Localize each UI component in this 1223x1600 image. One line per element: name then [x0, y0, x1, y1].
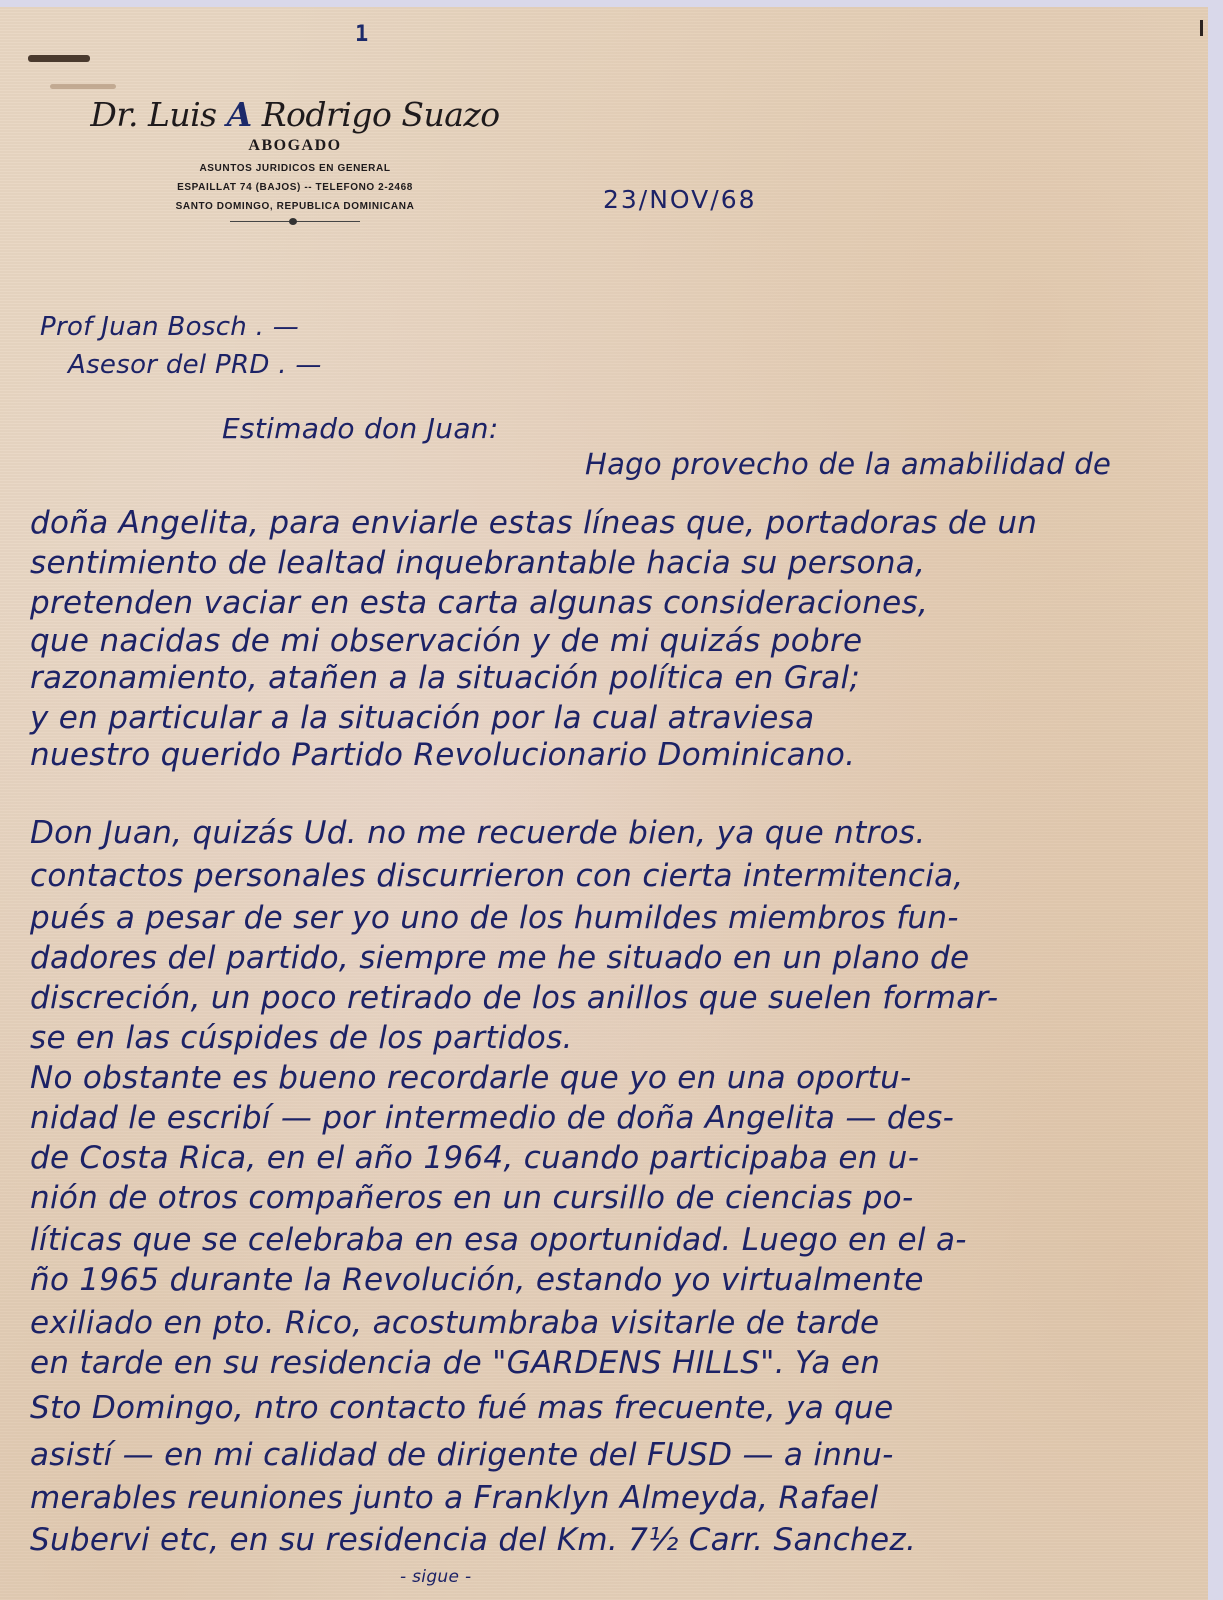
body-line: Subervi etc, en su residencia del Km. 7½… [30, 1522, 916, 1558]
body-line: merables reuniones junto a Franklyn Alme… [30, 1480, 878, 1516]
body-line: de Costa Rica, en el año 1964, cuando pa… [30, 1140, 919, 1176]
body-line: y en particular a la situación por la cu… [30, 700, 814, 736]
body-line: pués a pesar de ser yo uno de los humild… [30, 900, 959, 936]
corner-mark [1200, 20, 1203, 36]
body-line: No obstante es bueno recordarle que yo e… [30, 1060, 912, 1096]
letterhead: Dr. Luis A Rodrigo Suazo ABOGADO ASUNTOS… [60, 95, 530, 222]
body-line: asistí — en mi calidad de dirigente del … [30, 1437, 894, 1473]
recipient-name: Prof Juan Bosch . — [40, 312, 299, 342]
body-line: contactos personales discurrieron con ci… [30, 858, 964, 894]
body-line: Hago provecho de la amabilidad de [585, 447, 1111, 481]
salutation: Estimado don Juan: [222, 412, 499, 445]
body-line: nuestro querido Partido Revolucionario D… [30, 737, 855, 773]
page-number: 1 [355, 22, 368, 47]
name-prefix: Dr. Luis [90, 95, 226, 134]
body-line: Sto Domingo, ntro contacto fué mas frecu… [30, 1390, 893, 1426]
staple-shadow [50, 84, 116, 89]
body-line: se en las cúspides de los partidos. [30, 1020, 573, 1056]
body-line: ño 1965 durante la Revolución, estando y… [30, 1262, 924, 1298]
body-line: discreción, un poco retirado de los anil… [30, 980, 998, 1016]
body-line: razonamiento, atañen a la situación polí… [30, 660, 860, 696]
body-line: pretenden vaciar en esta carta algunas c… [30, 585, 928, 621]
letter-date: 23/NOV/68 [603, 185, 757, 214]
letterhead-line2: ESPAILLAT 74 (BAJOS) -- TELEFONO 2-2468 [60, 182, 530, 193]
continuation-note: - sigue - [400, 1567, 471, 1587]
body-line: exiliado en pto. Rico, acostumbraba visi… [30, 1305, 879, 1341]
body-line: líticas que se celebraba en esa oportuni… [30, 1222, 967, 1258]
body-line: Don Juan, quizás Ud. no me recuerde bien… [30, 815, 925, 851]
body-line: dadores del partido, siempre me he situa… [30, 940, 969, 976]
body-line: que nacidas de mi observación y de mi qu… [30, 623, 862, 659]
letterhead-title: ABOGADO [60, 137, 530, 155]
handwritten-initial: A [227, 95, 252, 134]
body-line: en tarde en su residencia de "GARDENS HI… [30, 1345, 880, 1381]
letterhead-line1: ASUNTOS JURIDICOS EN GENERAL [60, 163, 530, 174]
ornament-divider [230, 221, 360, 222]
body-line: sentimiento de lealtad inquebrantable ha… [30, 545, 925, 581]
body-line: doña Angelita, para enviarle estas línea… [30, 505, 1037, 541]
body-line: nidad le escribí — por intermedio de doñ… [30, 1100, 954, 1136]
recipient-title: Asesor del PRD . — [68, 350, 322, 380]
letterhead-name: Dr. Luis A Rodrigo Suazo [60, 95, 530, 135]
letterhead-line3: SANTO DOMINGO, REPUBLICA DOMINICANA [60, 201, 530, 212]
name-suffix: Rodrigo Suazo [252, 95, 500, 134]
body-line: nión de otros compañeros en un cursillo … [30, 1180, 913, 1216]
staple-mark [28, 55, 90, 62]
